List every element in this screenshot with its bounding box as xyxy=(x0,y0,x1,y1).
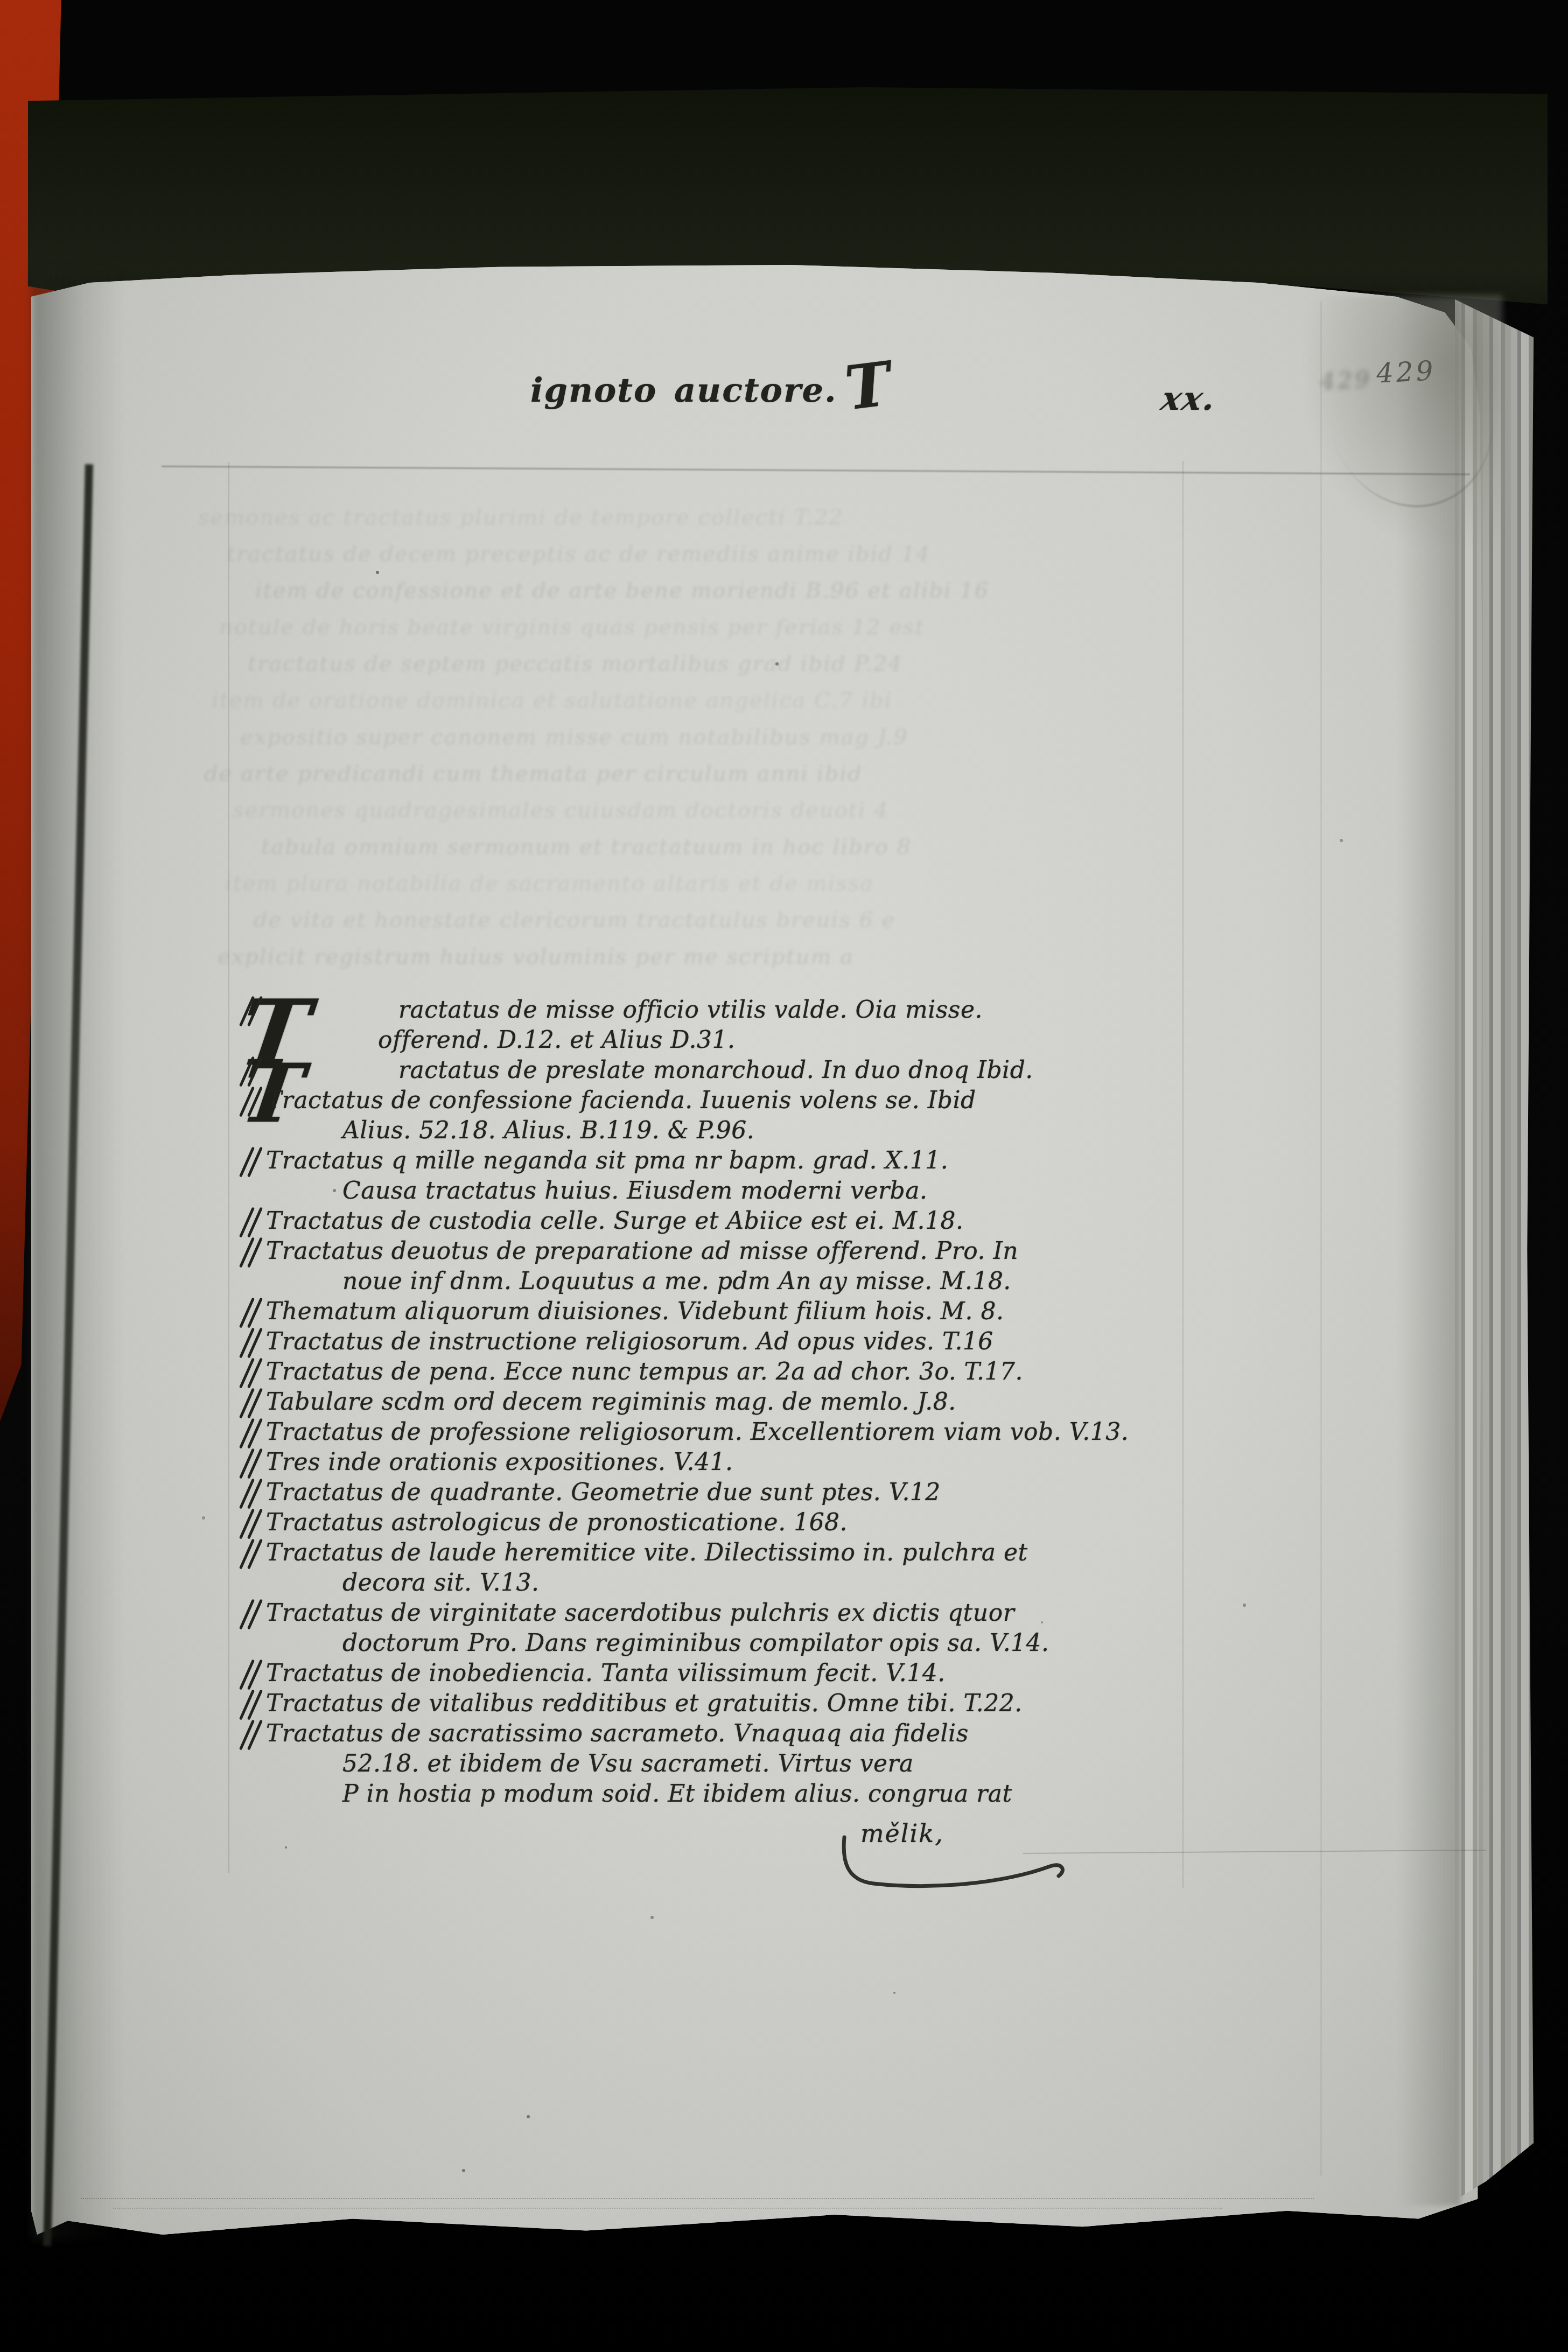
entry-text: Tractatus de vitalibus redditibus et gra… xyxy=(266,1690,1023,1717)
entry-text: 52.18. et ibidem de Vsu sacrameti. Virtu… xyxy=(342,1750,914,1777)
paraph-mark-icon xyxy=(238,1331,266,1355)
bleedthrough-line: explicit registrum huius voluminis per m… xyxy=(218,944,854,969)
entry-line: Tractatus de pena. Ecce nunc tempus ar. … xyxy=(238,1358,1277,1388)
paraph-mark-icon xyxy=(238,1693,266,1717)
entry-text: Tractatus de quadrante. Geometrie due su… xyxy=(266,1479,941,1506)
entry-text: Tractatus de inobediencia. Tanta vilissi… xyxy=(266,1660,946,1687)
paraph-mark-icon xyxy=(238,1512,266,1536)
bleedthrough-line: semones ac tractatus plurimi de tempore … xyxy=(198,505,844,530)
entry-text: decora sit. V.13. xyxy=(342,1569,539,1597)
bleedthrough-line: sermones quadragesimales cuiusdam doctor… xyxy=(233,798,889,823)
entry-text: P in hostia p modum soid. Et ibidem aliu… xyxy=(342,1780,1012,1808)
bottom-ruling-line-2 xyxy=(113,2208,1222,2209)
entry-text: ractatus de misse officio vtilis valde. … xyxy=(398,996,983,1024)
paraph-mark-icon xyxy=(238,1422,266,1445)
entry-line: Tractatus de instructione religiosorum. … xyxy=(238,1328,1277,1358)
folio-smudge: 429 xyxy=(1320,366,1373,395)
entry-text: Tractatus de instructione religiosorum. … xyxy=(266,1328,993,1355)
entry-line: Tractatus de quadrante. Geometrie due su… xyxy=(238,1479,1277,1509)
dust-specks xyxy=(0,0,1,1)
entry-line: Tractatus de professione religiosorum. E… xyxy=(238,1418,1277,1448)
entry-line: 52.18. et ibidem de Vsu sacrameti. Virtu… xyxy=(238,1750,1277,1780)
bleedthrough-line: de vita et honestate clericorum tractatu… xyxy=(254,908,896,933)
page-edges-stack xyxy=(1455,299,1534,2200)
gutter-shadow xyxy=(31,269,123,2240)
running-title-initial: T xyxy=(845,384,891,389)
paraph-mark-icon xyxy=(238,1090,266,1114)
entry-line: Tractatus de sacratissimo sacrameto. Vna… xyxy=(238,1720,1277,1750)
paraph-mark-icon xyxy=(238,1150,266,1174)
page-fold-ruling xyxy=(1320,302,1322,2175)
running-title-text: ignoto auctore. xyxy=(530,370,837,410)
entry-line: ractatus de misse officio vtilis valde. … xyxy=(238,996,1277,1026)
bleedthrough-line: tabula omnium sermonum et tractatuum in … xyxy=(261,835,912,859)
entry-text: Tractatus de virginitate sacerdotibus pu… xyxy=(266,1599,1014,1627)
paraph-mark-icon xyxy=(238,1361,266,1385)
bottom-ruling-line xyxy=(81,2198,1314,2199)
entry-text: Thematum aliquorum diuisiones. Videbunt … xyxy=(266,1298,1004,1325)
entry-text: Tractatus astrologicus de pronostication… xyxy=(266,1509,848,1536)
running-title: ignoto auctore.T xyxy=(530,370,891,410)
entry-line: Tabulare scdm ord decem regiminis mag. d… xyxy=(238,1388,1277,1418)
entry-line: Tractatus astrologicus de pronostication… xyxy=(238,1509,1277,1539)
quire-mark: xx. xyxy=(1158,380,1221,418)
entry-text: Tractatus de professione religiosorum. E… xyxy=(266,1418,1129,1446)
entry-line: Thematum aliquorum diuisiones. Videbunt … xyxy=(238,1298,1277,1328)
paraph-mark-icon xyxy=(238,1663,266,1686)
entry-line: offerend. D.12. et Alius D.31. xyxy=(238,1026,1277,1056)
entry-line: Tres inde orationis expositiones. V.41. xyxy=(238,1448,1277,1479)
entry-text: noue inf dnm. Loquutus a me. pdm An ay m… xyxy=(342,1268,1011,1295)
entry-line: P in hostia p modum soid. Et ibidem aliu… xyxy=(238,1780,1277,1810)
paraph-mark-icon xyxy=(238,1301,266,1325)
entry-text: Tres inde orationis expositiones. V.41. xyxy=(266,1448,733,1476)
entry-text: Tractatus q mille neganda sit pma nr bap… xyxy=(266,1147,948,1174)
entry-text: Alius. 52.18. Alius. B.119. & P.96. xyxy=(342,1117,754,1144)
entry-line: Tractatus de custodia celle. Surge et Ab… xyxy=(238,1207,1277,1237)
paraph-mark-icon xyxy=(238,1542,266,1566)
folio-number: 429 429 xyxy=(1376,355,1437,389)
entry-text: Tractatus de custodia celle. Surge et Ab… xyxy=(266,1207,964,1235)
folio-number-text: 429 xyxy=(1376,355,1437,389)
entry-text: ractatus de preslate monarchoud. In duo … xyxy=(398,1056,1033,1084)
paraph-mark-icon xyxy=(238,1391,266,1415)
entry-line: Causa tractatus huius. Eiusdem moderni v… xyxy=(238,1177,1277,1207)
paraph-mark-icon xyxy=(238,1452,266,1475)
entry-text: Tractatus de pena. Ecce nunc tempus ar. … xyxy=(266,1358,1023,1385)
paraph-mark-icon xyxy=(238,1482,266,1506)
entry-line: Tractatus deuotus de preparatione ad mis… xyxy=(238,1237,1277,1268)
paraph-mark-icon xyxy=(238,1723,266,1747)
left-margin-ruling xyxy=(228,462,229,1873)
entry-line: noue inf dnm. Loquutus a me. pdm An ay m… xyxy=(238,1268,1277,1298)
bleedthrough-line: tractatus de decem preceptis ac de remed… xyxy=(227,542,931,566)
entry-text: Causa tractatus huius. Eiusdem moderni v… xyxy=(342,1177,927,1205)
entry-text: Tractatus deuotus de preparatione ad mis… xyxy=(266,1237,1018,1265)
bleedthrough-line: expositio super canonem misse cum notabi… xyxy=(240,725,908,750)
bleedthrough-line: item de oratione dominica et salutatione… xyxy=(212,688,892,713)
entry-text: Tractatus de laude heremitice vite. Dile… xyxy=(266,1539,1028,1566)
entry-text: Tractatus de sacratissimo sacrameto. Vna… xyxy=(266,1720,969,1747)
entry-text: offerend. D.12. et Alius D.31. xyxy=(378,1026,736,1054)
paraph-mark-icon xyxy=(238,1210,266,1234)
catchword: mělik, xyxy=(860,1819,944,1848)
entry-text: Tractatus de confessione facienda. Iuuen… xyxy=(266,1087,976,1114)
entry-text: Tabulare scdm ord decem regiminis mag. d… xyxy=(266,1388,956,1416)
paraph-mark-icon xyxy=(238,1241,266,1264)
entry-line: ractatus de preslate monarchoud. In duo … xyxy=(238,1056,1277,1087)
page-bend-shadow xyxy=(1398,299,1460,2206)
bleedthrough-line: tractatus de septem peccatis mortalibus … xyxy=(248,652,903,676)
entry-line: Tractatus q mille neganda sit pma nr bap… xyxy=(238,1147,1277,1177)
entry-line: decora sit. V.13. xyxy=(238,1569,1277,1599)
entry-line: Tractatus de confessione facienda. Iuuen… xyxy=(238,1087,1277,1117)
manuscript-photo: semones ac tractatus plurimi de tempore … xyxy=(0,0,1568,2352)
entry-line: Alius. 52.18. Alius. B.119. & P.96. xyxy=(238,1117,1277,1147)
entry-line: Tractatus de virginitate sacerdotibus pu… xyxy=(238,1599,1277,1629)
catchword-flourish-icon xyxy=(841,1834,1094,1899)
entry-line: Tractatus de inobediencia. Tanta vilissi… xyxy=(238,1660,1277,1690)
paraph-mark-icon xyxy=(238,1060,266,1083)
bleedthrough-line: item de confessione et de arte bene mori… xyxy=(255,578,989,603)
entry-list: ractatus de misse officio vtilis valde. … xyxy=(238,996,1277,1810)
paraph-mark-icon xyxy=(238,1602,266,1626)
entry-line: Tractatus de vitalibus redditibus et gra… xyxy=(238,1690,1277,1720)
paraph-mark-icon xyxy=(238,999,266,1023)
entry-line: Tractatus de laude heremitice vite. Dile… xyxy=(238,1539,1277,1569)
entry-text: doctorum Pro. Dans regiminibus compilato… xyxy=(342,1629,1049,1657)
bleedthrough-line: notule de horis beate virginis quas pens… xyxy=(219,615,925,640)
bleedthrough-line: item plura notabilia de sacramento altar… xyxy=(225,871,874,896)
bleedthrough-line: de arte predicandi cum themata per circu… xyxy=(204,761,863,786)
entry-line: doctorum Pro. Dans regiminibus compilato… xyxy=(238,1629,1277,1660)
